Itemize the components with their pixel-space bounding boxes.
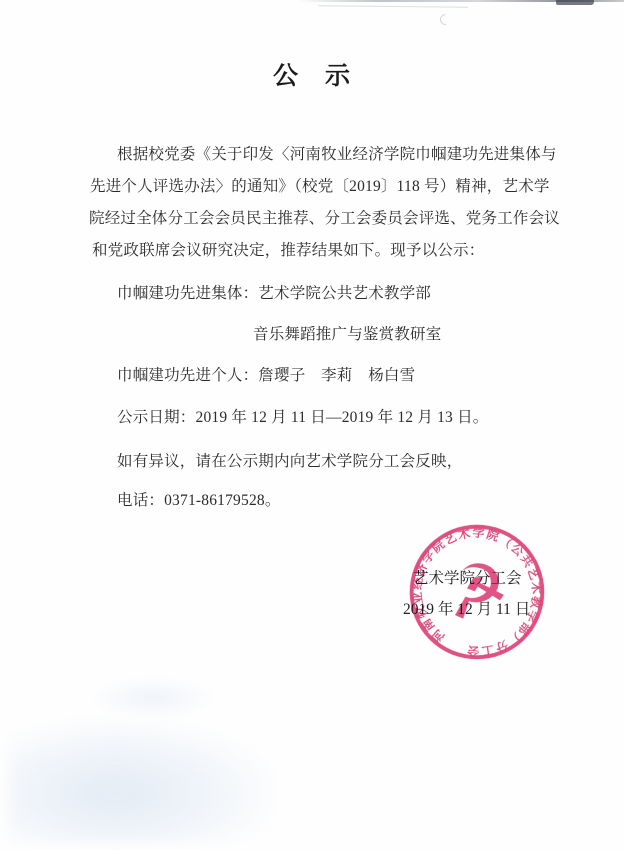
body-line-advanced-collective: 巾帼建功先进集体：艺术学院公共艺术教学部 bbox=[117, 281, 431, 303]
scan-artifact-dark-mark bbox=[556, 0, 594, 5]
body-line-collective-2: 音乐舞蹈推广与鉴赏教研室 bbox=[253, 322, 441, 344]
body-line-phone: 电话：0371-86179528。 bbox=[117, 488, 281, 510]
body-line-objection-note: 如有异议，请在公示期内向艺术学院分工会反映， bbox=[117, 449, 462, 471]
hammer-sickle-icon: ☭ bbox=[438, 544, 516, 638]
scan-artifact-curl bbox=[438, 12, 453, 27]
body-line-1: 根据校党委《关于印发〈河南牧业经济学院巾帼建功先进集体与 bbox=[117, 142, 557, 164]
body-line-3: 院经过全体分工会会员民主推荐、分工会委员会评选、党务工作会议 bbox=[89, 206, 560, 228]
notice-title: 公 示 bbox=[0, 56, 624, 92]
scan-artifact-smudge bbox=[8, 718, 278, 843]
seal-graphic: 河南牧业经济学院艺术学院（公共艺术教学部）分工会 ☭ bbox=[394, 509, 560, 675]
scan-artifact-top-line bbox=[297, 0, 624, 2]
document-page: 公 示 根据校党委《关于印发〈河南牧业经济学院巾帼建功先进集体与 先进个人评选办… bbox=[0, 0, 624, 850]
body-line-advanced-individuals: 巾帼建功先进个人：詹璎子 李莉 杨白雪 bbox=[117, 363, 415, 385]
body-line-publicity-dates: 公示日期：2019 年 12 月 11 日—2019 年 12 月 13 日。 bbox=[117, 405, 488, 427]
body-line-4: 和党政联席会议研究决定，推荐结果如下。现予以公示： bbox=[92, 238, 485, 260]
official-seal: 河南牧业经济学院艺术学院（公共艺术教学部）分工会 ☭ bbox=[394, 509, 560, 675]
scan-artifact-smudge bbox=[88, 678, 218, 718]
body-line-2: 先进个人评选办法〉的通知》（校党〔2019〕118 号）精神，艺术学 bbox=[90, 174, 550, 196]
scan-artifact-top-line bbox=[318, 5, 468, 8]
